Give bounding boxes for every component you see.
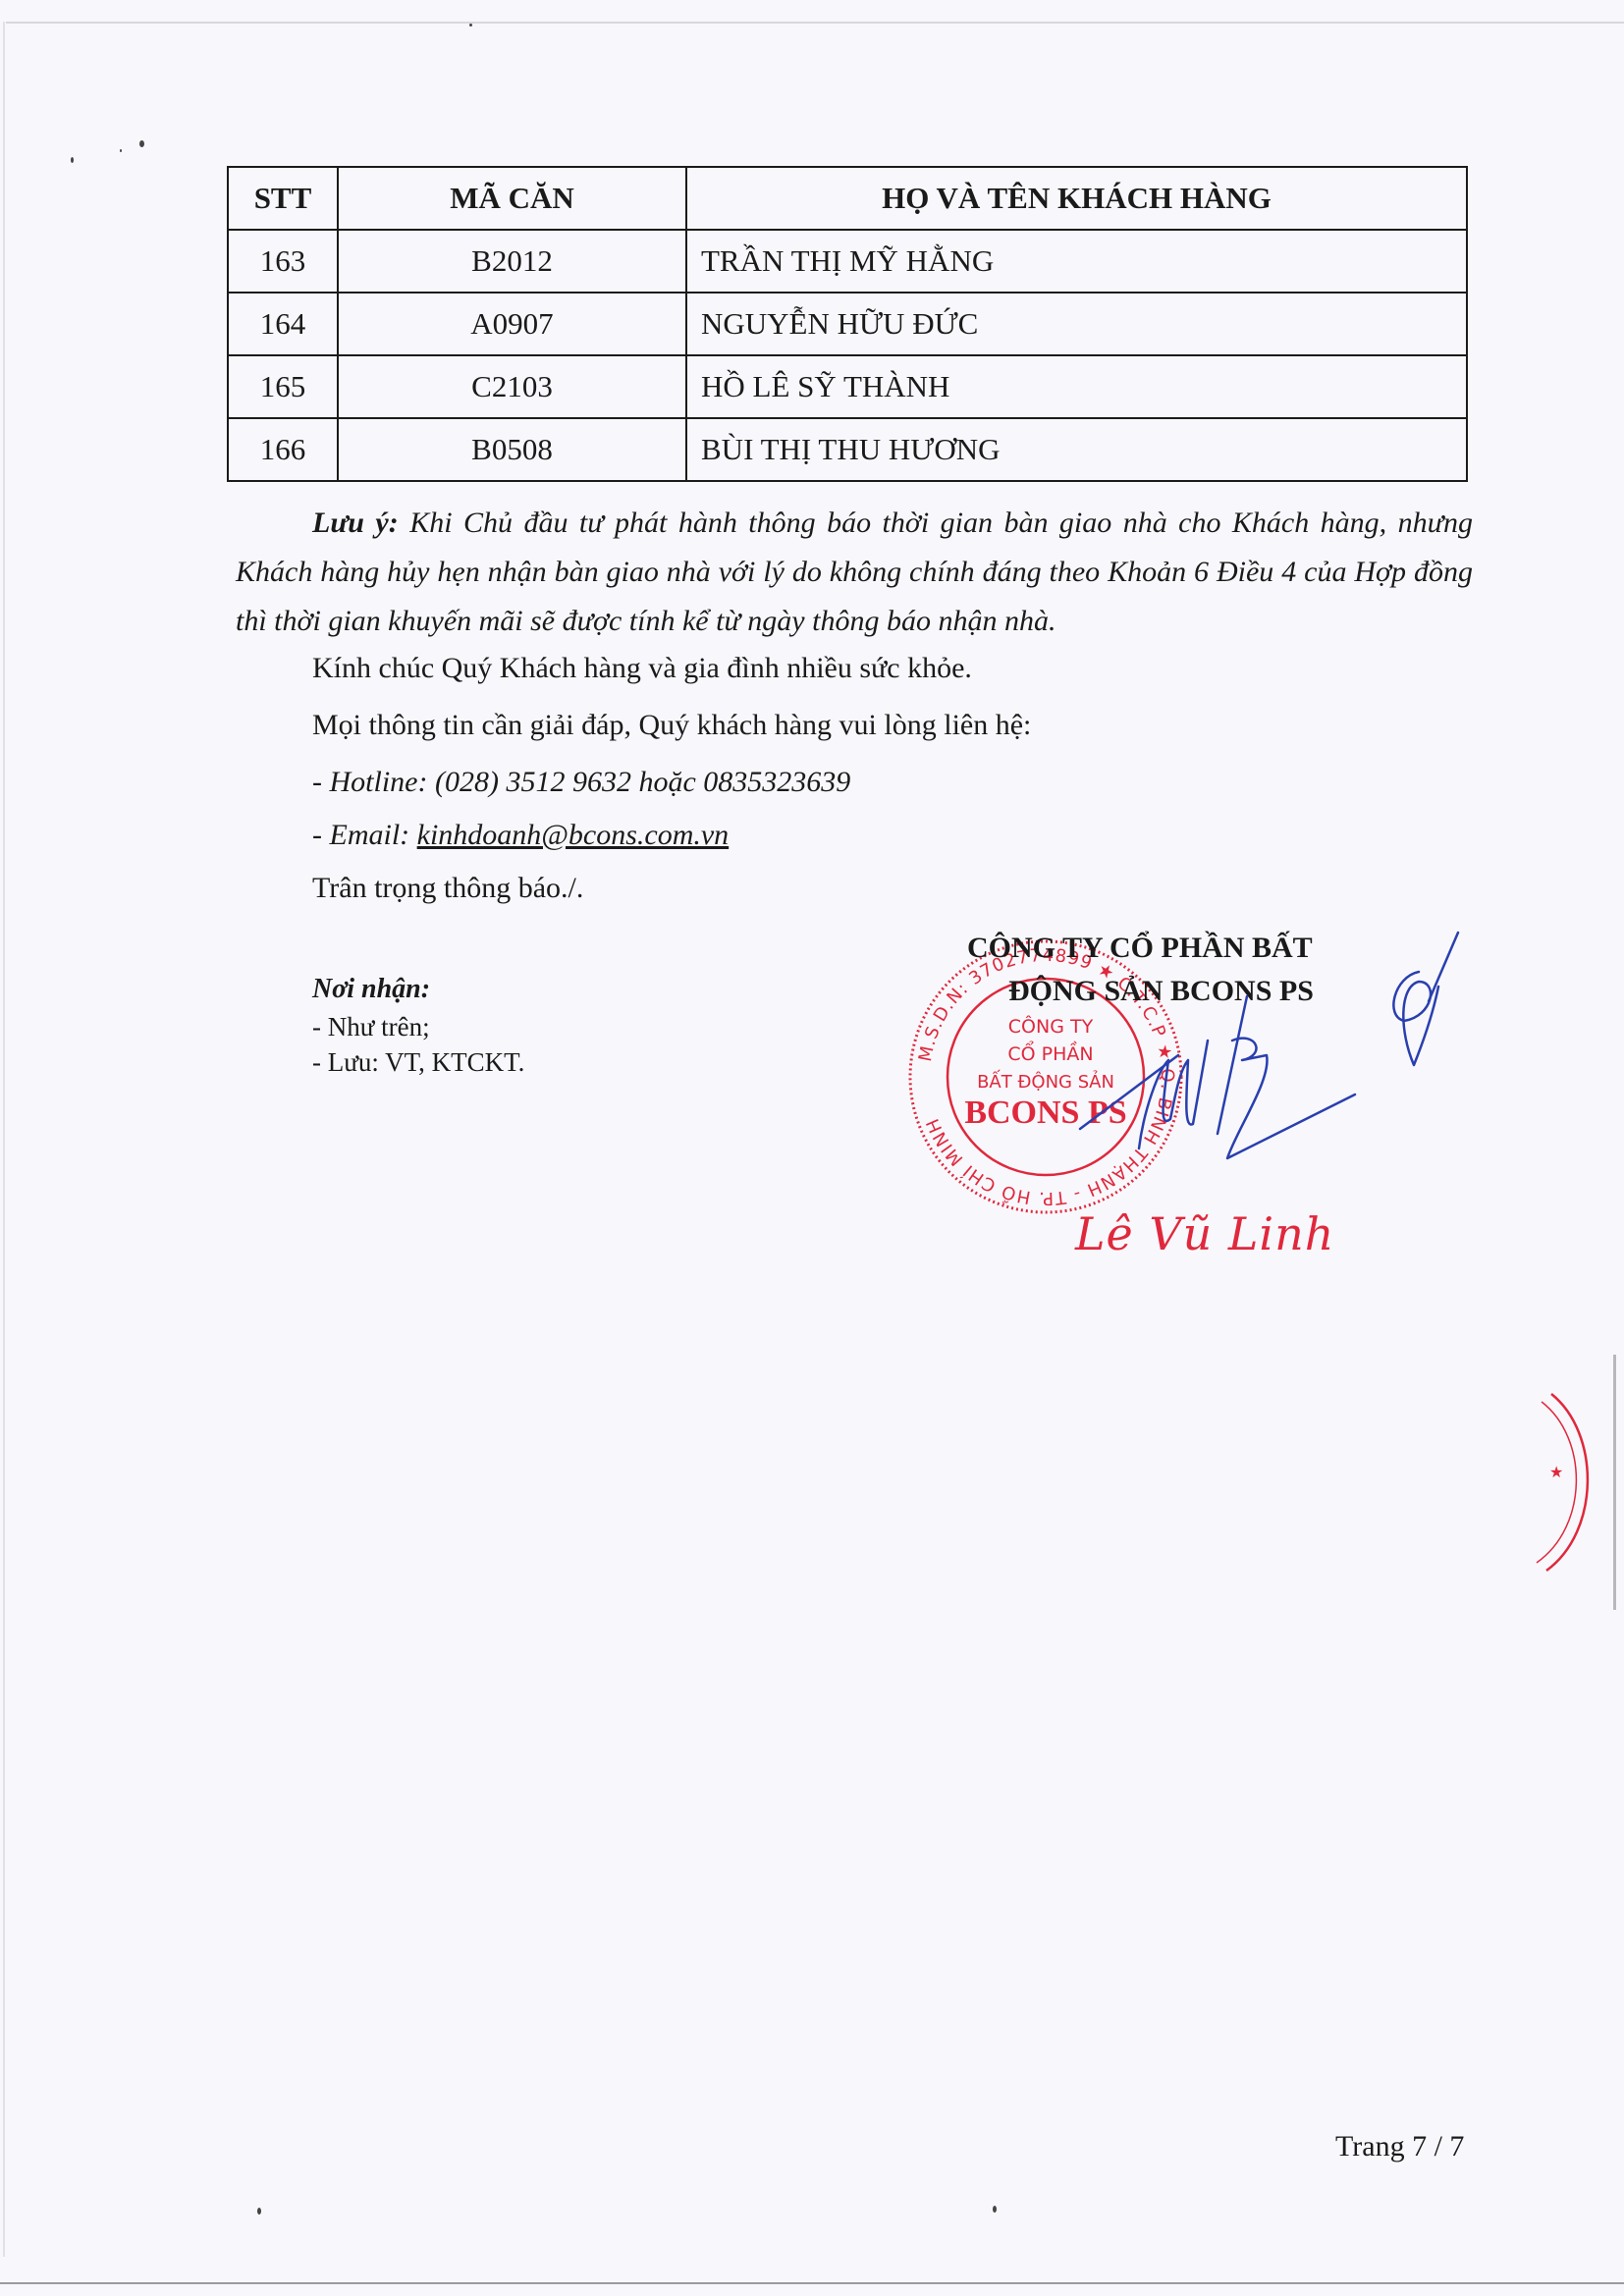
table-header-row: STT MÃ CĂN HỌ VÀ TÊN KHÁCH HÀNG	[228, 167, 1467, 230]
customer-table: STT MÃ CĂN HỌ VÀ TÊN KHÁCH HÀNG 163 B201…	[227, 166, 1468, 482]
signer-name: Lê Vũ Linh	[1075, 1207, 1334, 1260]
cell-unit-code: B2012	[338, 230, 686, 293]
cell-customer-name: HỒ LÊ SỸ THÀNH	[686, 355, 1467, 418]
hotline: - Hotline: (028) 3512 9632 hoặc 08353236…	[312, 766, 850, 799]
recipients: Nơi nhận: - Như trên; - Lưu: VT, KTCKT.	[312, 972, 524, 1080]
scan-speck	[71, 157, 74, 163]
contact-intro: Mọi thông tin cần giải đáp, Quý khách hà…	[312, 709, 1031, 742]
recipient-item: - Như trên;	[312, 1009, 524, 1044]
regards: Trân trọng thông báo./.	[312, 872, 583, 905]
table-row: 164 A0907 NGUYỄN HỮU ĐỨC	[228, 293, 1467, 355]
cell-stt: 164	[228, 293, 338, 355]
recipient-item: - Lưu: VT, KTCKT.	[312, 1044, 524, 1080]
cell-customer-name: BÙI THỊ THU HƯƠNG	[686, 418, 1467, 481]
cell-unit-code: C2103	[338, 355, 686, 418]
email-link[interactable]: kinhdoanh@bcons.com.vn	[417, 819, 730, 851]
table-row: 165 C2103 HỒ LÊ SỸ THÀNH	[228, 355, 1467, 418]
partial-stamp-icon: ★	[1532, 1384, 1600, 1580]
header-customer-name: HỌ VÀ TÊN KHÁCH HÀNG	[686, 167, 1467, 230]
table-row: 166 B0508 BÙI THỊ THU HƯƠNG	[228, 418, 1467, 481]
page-number: Trang 7 / 7	[1335, 2130, 1464, 2163]
svg-text:★: ★	[1549, 1463, 1563, 1481]
scan-edge	[0, 2282, 1624, 2284]
cell-unit-code: B0508	[338, 418, 686, 481]
email-label: - Email:	[312, 819, 417, 851]
scan-speck	[120, 149, 122, 152]
scan-edge	[1613, 1355, 1616, 1610]
recipients-title: Nơi nhận:	[312, 972, 524, 1007]
scan-speck	[469, 24, 472, 27]
header-unit-code: MÃ CĂN	[338, 167, 686, 230]
cell-stt: 166	[228, 418, 338, 481]
scan-edge	[6, 22, 1624, 24]
scan-speck	[139, 140, 144, 147]
scan-speck	[257, 2208, 261, 2215]
cell-customer-name: NGUYỄN HỮU ĐỨC	[686, 293, 1467, 355]
signature-icon	[1060, 923, 1473, 1198]
closing-wish: Kính chúc Quý Khách hàng và gia đình nhi…	[312, 652, 972, 685]
cell-stt: 163	[228, 230, 338, 293]
email-line: - Email: kinhdoanh@bcons.com.vn	[312, 819, 729, 852]
cell-stt: 165	[228, 355, 338, 418]
cell-unit-code: A0907	[338, 293, 686, 355]
scan-edge	[3, 22, 5, 2257]
scan-speck	[993, 2206, 997, 2213]
note-paragraph: Lưu ý: Khi Chủ đầu tư phát hành thông bá…	[236, 499, 1473, 646]
cell-customer-name: TRẦN THỊ MỸ HẰNG	[686, 230, 1467, 293]
note-lead: Lưu ý:	[312, 507, 399, 539]
note-text: Khi Chủ đầu tư phát hành thông báo thời …	[236, 507, 1473, 637]
header-stt: STT	[228, 167, 338, 230]
table-row: 163 B2012 TRẦN THỊ MỸ HẰNG	[228, 230, 1467, 293]
